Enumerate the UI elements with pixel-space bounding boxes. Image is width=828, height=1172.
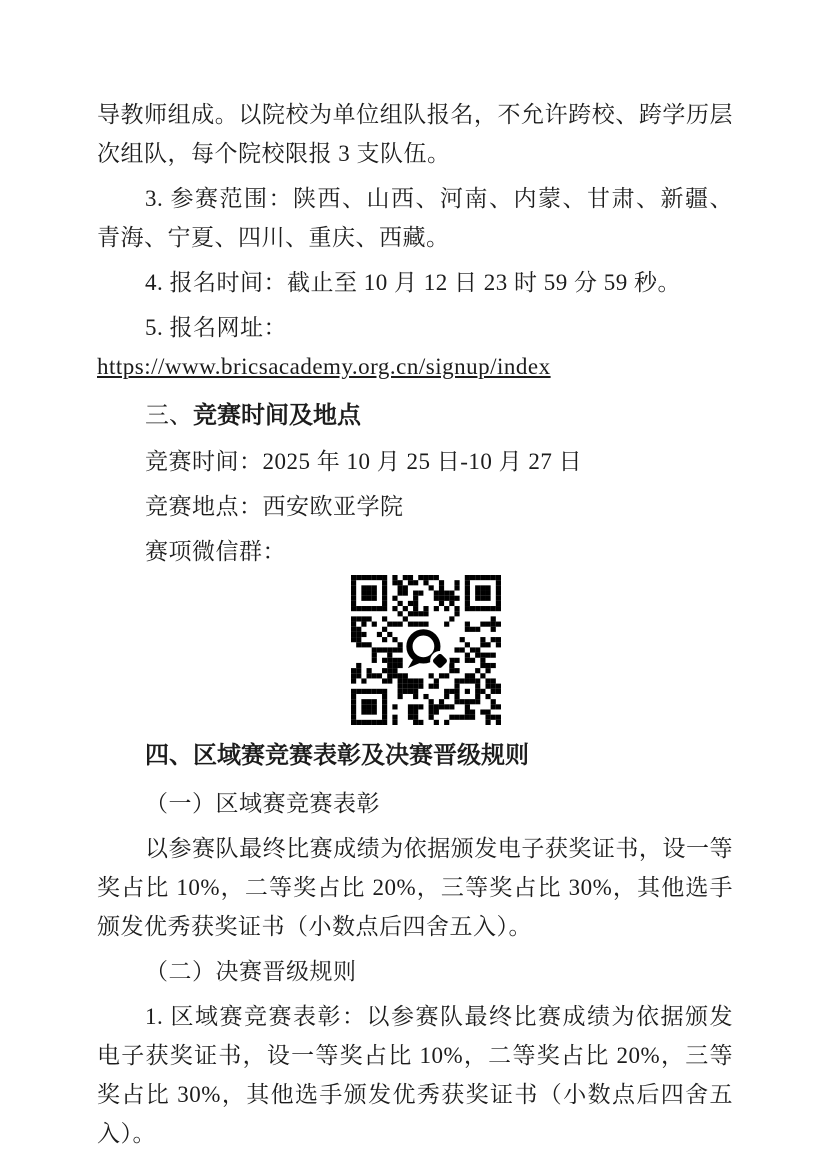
item-participation-scope: 3. 参赛范围：陕西、山西、河南、内蒙、甘肃、新疆、青海、宁夏、四川、重庆、西藏… <box>97 179 733 257</box>
wechat-group-qr-code <box>351 575 501 725</box>
wechat-group-label: 赛项微信群： <box>97 532 733 571</box>
competition-time: 竞赛时间：2025 年 10 月 25 日-10 月 27 日 <box>97 442 733 481</box>
signup-url-link[interactable]: https://www.bricsacademy.org.cn/signup/i… <box>97 354 551 379</box>
item-registration-deadline: 4. 报名时间：截止至 10 月 12 日 23 时 59 分 59 秒。 <box>97 263 733 302</box>
section-3-title: 竞赛时间及地点 <box>193 402 361 429</box>
section-4-heading: 四、区域赛竞赛表彰及决赛晋级规则 <box>97 736 733 776</box>
wechat-icon <box>408 632 450 670</box>
subsection-1-body: 以参赛队最终比赛成绩为依据颁发电子获奖证书，设一等奖占比 10%，二等奖占比 2… <box>97 829 733 946</box>
item-registration-url: 5. 报名网址：https://www.bricsacademy.org.cn/… <box>97 308 733 386</box>
document-page: 导教师组成。以院校为单位组队报名，不允许跨校、跨学历层次组队，每个院校限报 3 … <box>0 0 828 1172</box>
competition-location: 竞赛地点：西安欧亚学院 <box>97 487 733 526</box>
subsection-1-title: （一）区域赛竞赛表彰 <box>97 784 733 823</box>
subsection-2-body: 1. 区域赛竞赛表彰：以参赛队最终比赛成绩为依据颁发电子获奖证书，设一等奖占比 … <box>97 997 733 1153</box>
section-3-number: 三、 <box>145 403 193 429</box>
registration-url-label: 5. 报名网址： <box>145 315 287 340</box>
paragraph-team-rules: 导教师组成。以院校为单位组队报名，不允许跨校、跨学历层次组队，每个院校限报 3 … <box>97 95 733 173</box>
subsection-2-title: （二）决赛晋级规则 <box>97 952 733 991</box>
section-3-heading: 三、竞赛时间及地点 <box>97 396 733 436</box>
qr-code-container <box>97 575 733 730</box>
